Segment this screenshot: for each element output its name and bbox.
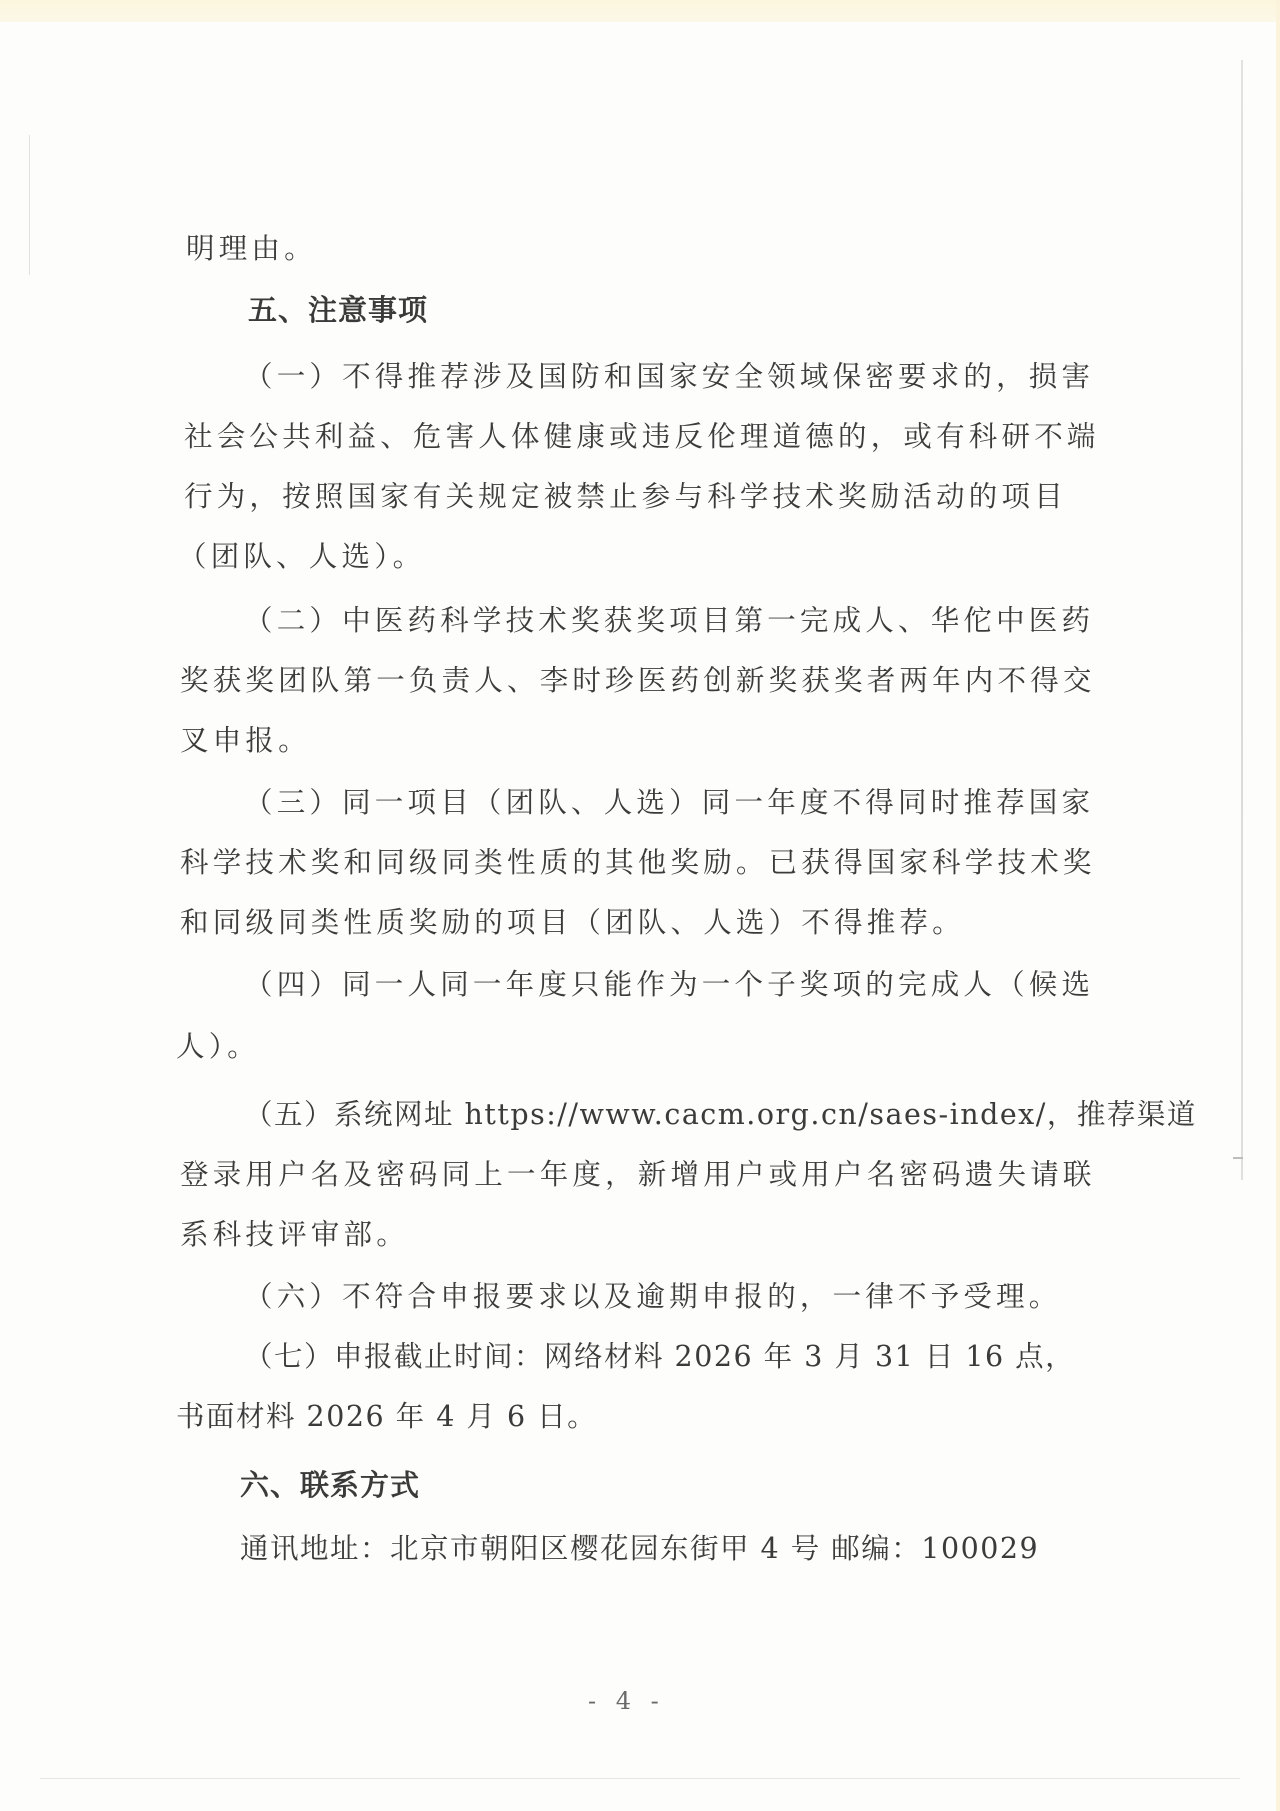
item-7-line-1: （七）申报截止时间：网络材料 2026 年 3 月 31 日 16 点，: [244, 1340, 1075, 1374]
page-number: - 4 -: [588, 1686, 665, 1716]
contact-address-line: 通讯地址：北京市朝阳区樱花园东街甲 4 号 邮编：100029: [240, 1532, 1039, 1566]
item-1-line-2: 社会公共利益、危害人体健康或违反伦理道德的，或有科研不端: [184, 420, 1100, 454]
item-1-line-3: 行为，按照国家有关规定被禁止参与科学技术奖励活动的项目: [184, 480, 1067, 514]
item-4-line-2: 人）。: [176, 1030, 260, 1064]
item-6-line-1: （六）不符合申报要求以及逾期申报的，一律不予受理。: [244, 1280, 1062, 1314]
item-1-line-4: （团队、人选）。: [178, 540, 425, 574]
item-3-line-1: （三）同一项目（团队、人选）同一年度不得同时推荐国家: [244, 786, 1094, 820]
item-5-line-1: （五）系统网址 https://www.cacm.org.cn/saes-ind…: [244, 1098, 1197, 1132]
document-page: 明理由。 五、注意事项 （一）不得推荐涉及国防和国家安全领域保密要求的，损害 社…: [0, 0, 1280, 1811]
section-heading-6: 六、联系方式: [240, 1468, 420, 1502]
item-2-line-2: 奖获奖团队第一负责人、李时珍医药创新奖获奖者两年内不得交: [180, 664, 1096, 698]
item-5-line-2: 登录用户名及密码同上一年度，新增用户或用户名密码遗失请联: [180, 1158, 1096, 1192]
item-3-line-2: 科学技术奖和同级同类性质的其他奖励。已获得国家科学技术奖: [180, 846, 1096, 880]
item-2-line-1: （二）中医药科学技术奖获奖项目第一完成人、华佗中医药: [244, 604, 1094, 638]
item-2-line-3: 叉申报。: [180, 724, 311, 758]
item-4-line-1: （四）同一人同一年度只能作为一个子奖项的完成人（候选: [244, 968, 1094, 1002]
item-5-line-3: 系科技评审部。: [180, 1218, 409, 1252]
item-1-line-1: （一）不得推荐涉及国防和国家安全领域保密要求的，损害: [244, 360, 1094, 394]
item-7-line-2: 书面材料 2026 年 4 月 6 日。: [176, 1400, 597, 1434]
section-heading-5: 五、注意事项: [248, 293, 428, 327]
item-3-line-3: 和同级同类性质奖励的项目（团队、人选）不得推荐。: [180, 906, 965, 940]
text-line: 明理由。: [186, 232, 317, 266]
